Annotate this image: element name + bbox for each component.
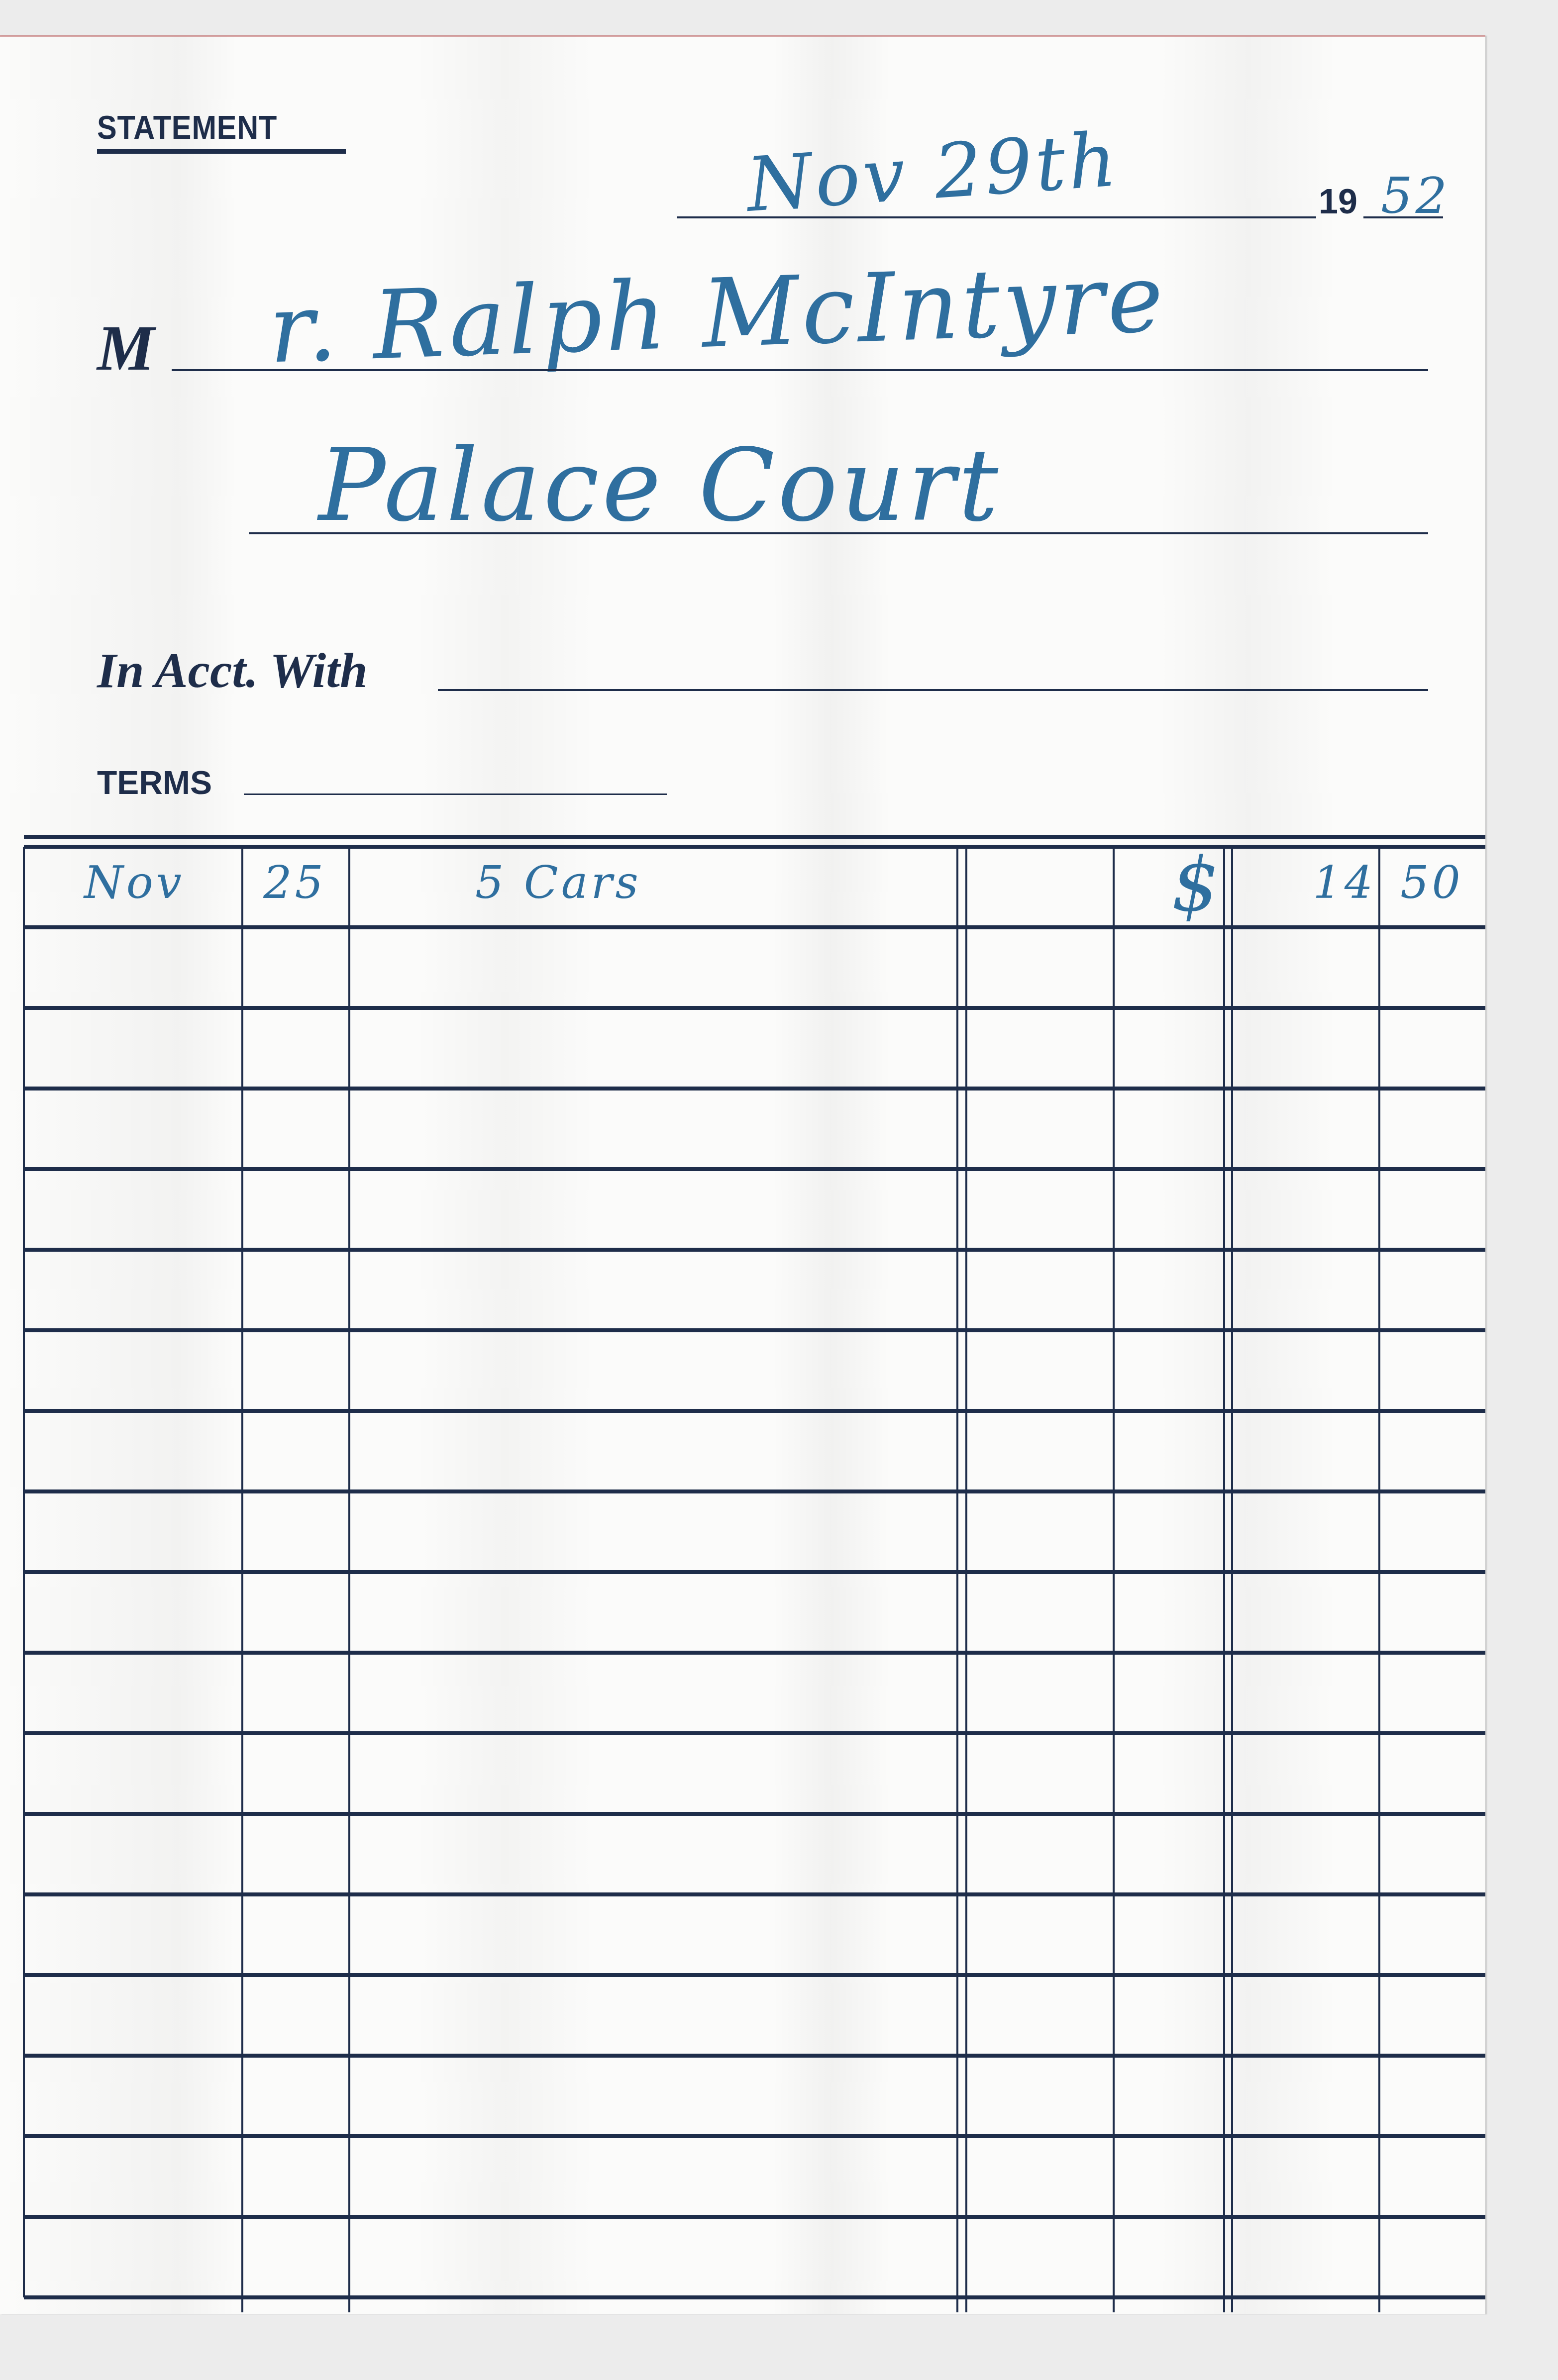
date-line xyxy=(677,216,1316,218)
year-handwritten: 52 xyxy=(1381,167,1450,225)
ledger-column-rule xyxy=(965,847,967,2312)
paper-top-edge xyxy=(0,35,1485,37)
recipient-name-line[interactable] xyxy=(172,369,1428,371)
ledger-cell-month[interactable]: Nov xyxy=(30,857,239,909)
ledger-top-rule xyxy=(24,835,1485,839)
ledger-column-rule xyxy=(1223,847,1225,2312)
ledger-column-rule xyxy=(956,847,958,2312)
recipient-address-line[interactable] xyxy=(249,532,1428,534)
statement-paper xyxy=(0,36,1485,2314)
ledger-column-rule xyxy=(241,847,243,2312)
statement-title: STATEMENT xyxy=(97,108,277,146)
title-underline xyxy=(97,149,346,154)
ledger-column-rule xyxy=(1231,847,1233,2312)
ledger-column-rule xyxy=(1113,847,1115,2312)
ledger-cell-day[interactable]: 25 xyxy=(244,857,346,909)
ledger-cell-dollar-sign[interactable]: $ xyxy=(1159,842,1234,928)
in-account-with-line[interactable] xyxy=(438,689,1428,691)
ledger-column-rule xyxy=(348,847,350,2312)
ledger-cell-cents[interactable]: 50 xyxy=(1381,857,1483,909)
year-prefix: 19 xyxy=(1319,182,1357,221)
ledger-cell-description[interactable]: 5 Cars xyxy=(351,857,1077,909)
terms-line[interactable] xyxy=(244,793,667,795)
ledger-cell-dollars[interactable]: 14 xyxy=(1234,857,1376,909)
in-account-with-label: In Acct. With xyxy=(97,642,368,699)
recipient-prefix: M xyxy=(97,311,155,386)
ledger-column-rule xyxy=(1378,847,1380,2312)
recipient-address-handwritten: Palace Court xyxy=(318,428,1001,544)
ledger-left-border xyxy=(23,847,25,2297)
terms-label: TERMS xyxy=(97,764,212,801)
